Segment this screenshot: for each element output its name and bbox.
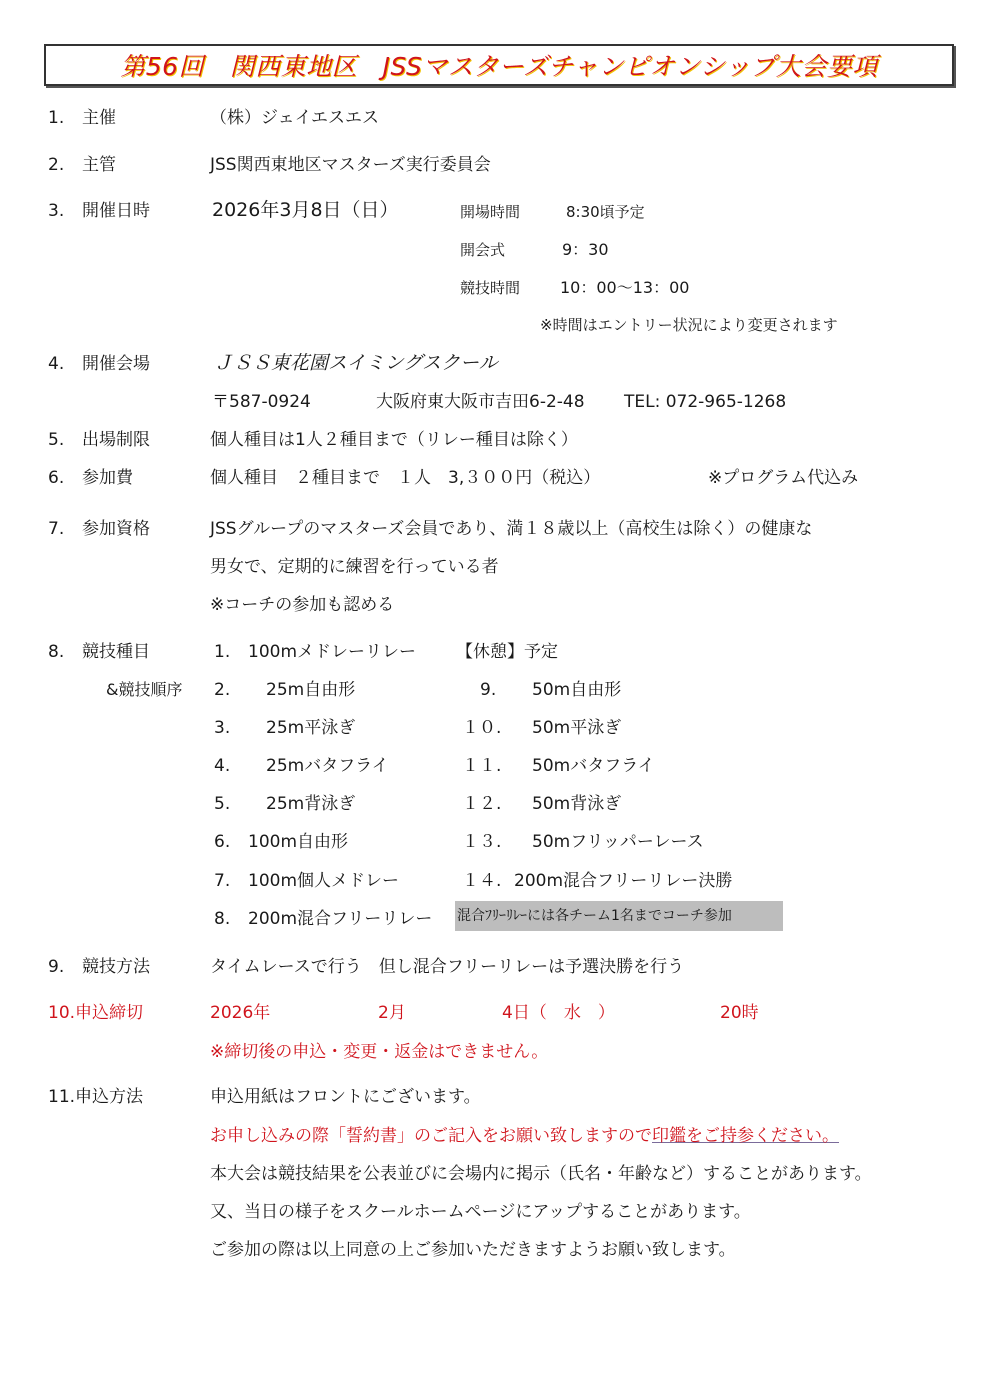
venue-address: 大阪府東大阪市吉田6-2-48 bbox=[376, 392, 585, 412]
application-line: ご参加の際は以上同意の上ご参加いただきますようお願い致します。 bbox=[210, 1240, 736, 1260]
bring-seal-text: 印鑑をご持参ください。 bbox=[652, 1126, 839, 1146]
section-label: 主管 bbox=[82, 155, 116, 175]
event-no: 7. bbox=[214, 871, 230, 891]
fee-note: ※プログラム代込み bbox=[708, 468, 858, 488]
schedule-value: 8:30頃予定 bbox=[566, 202, 645, 222]
section-number: 1. bbox=[48, 108, 64, 128]
application-line: 本大会は競技結果を公表並びに会場内に掲示（氏名・年齢など）することがあります。 bbox=[210, 1164, 872, 1184]
venue-phone: TEL: 072-965-1268 bbox=[624, 392, 786, 412]
section-label: 参加資格 bbox=[82, 519, 150, 539]
event-name: 200m混合フリーリレー bbox=[248, 909, 432, 929]
section-label: 開催会場 bbox=[82, 354, 150, 374]
entry-fee: 個人種目 ２種目まで １人 3,３００円（税込） bbox=[210, 468, 600, 488]
document-title: 第56回 関西東地区 JSSマスターズチャンピオンシップ大会要項 bbox=[120, 47, 877, 83]
section-number: 4. bbox=[48, 354, 64, 374]
event-no: 4. bbox=[214, 756, 230, 776]
section-label: 競技方法 bbox=[82, 957, 150, 977]
schedule-note: ※時間はエントリー状況により変更されます bbox=[540, 315, 838, 335]
event-no: 1. bbox=[214, 642, 230, 662]
event-no: １１. bbox=[462, 756, 501, 776]
event-no: 6. bbox=[214, 832, 230, 852]
event-name: 25m背泳ぎ bbox=[266, 794, 355, 814]
section-number: 5. bbox=[48, 430, 64, 450]
relay-coach-note: 混合ﾌﾘｰﾘﾚｰには各チーム1名までコーチ参加 bbox=[455, 901, 783, 931]
event-name: 50m平泳ぎ bbox=[532, 718, 621, 738]
postal-code: 〒587-0924 bbox=[212, 392, 311, 412]
section-number: 3. bbox=[48, 201, 64, 221]
event-name: 50m自由形 bbox=[532, 680, 621, 700]
event-no: 8. bbox=[214, 909, 230, 929]
eligibility-line: JSSグループのマスターズ会員であり、満１８歳以上（高校生は除く）の健康な bbox=[210, 519, 812, 539]
section-label: 競技種目 bbox=[82, 642, 150, 662]
event-no: １４. bbox=[462, 871, 501, 891]
event-name: 100m自由形 bbox=[248, 832, 348, 852]
event-no: 9. bbox=[480, 680, 496, 700]
section-number: 7. bbox=[48, 519, 64, 539]
venue-name: ＪＳＳ東花園スイミングスクール bbox=[214, 353, 498, 373]
deadline-day: 4日（ 水 ） bbox=[502, 1003, 615, 1023]
event-name: 25m平泳ぎ bbox=[266, 718, 355, 738]
section-label: 開催日時 bbox=[82, 201, 150, 221]
schedule-label: 開会式 bbox=[460, 240, 505, 260]
entry-limit: 個人種目は1人２種目まで（リレー種目は除く） bbox=[210, 430, 578, 450]
break-label: 【休憩】予定 bbox=[456, 642, 558, 662]
organizer: （株）ジェイエスエス bbox=[210, 108, 379, 128]
section-number: 8. bbox=[48, 642, 64, 662]
section-label: 主催 bbox=[82, 108, 116, 128]
competition-method: タイムレースで行う 但し混合フリーリレーは予選決勝を行う bbox=[210, 957, 684, 977]
schedule-label: 開場時間 bbox=[460, 202, 520, 222]
event-no: １２. bbox=[462, 794, 501, 814]
section-sublabel: &競技順序 bbox=[106, 680, 182, 700]
schedule-label: 競技時間 bbox=[460, 278, 520, 298]
event-name: 25mバタフライ bbox=[266, 756, 389, 776]
eligibility-line: ※コーチの参加も認める bbox=[210, 595, 394, 615]
event-no: 5. bbox=[214, 794, 230, 814]
pledge-text: お申し込みの際「誓約書」のご記入をお願い致しますので bbox=[210, 1126, 652, 1146]
event-name: 100m個人メドレー bbox=[248, 871, 399, 891]
event-date: 2026年3月8日（日） bbox=[212, 200, 399, 220]
event-no: 2. bbox=[214, 680, 230, 700]
section-number: 6. bbox=[48, 468, 64, 488]
event-no: １３. bbox=[462, 832, 501, 852]
application-line-red: お申し込みの際「誓約書」のご記入をお願い致しますので印鑑をご持参ください。 bbox=[210, 1126, 839, 1146]
deadline-month: 2月 bbox=[378, 1003, 406, 1023]
schedule-value: 10：00〜13：00 bbox=[560, 278, 689, 298]
deadline-hour: 20時 bbox=[720, 1003, 759, 1023]
event-no: 3. bbox=[214, 718, 230, 738]
event-no: １０. bbox=[462, 718, 501, 738]
deadline-year: 2026年 bbox=[210, 1003, 270, 1023]
section-number: 2. bbox=[48, 155, 64, 175]
schedule-value: 9：30 bbox=[562, 240, 609, 260]
deadline-note: ※締切後の申込・変更・返金はできません。 bbox=[210, 1042, 548, 1062]
section-label: 出場制限 bbox=[82, 430, 150, 450]
event-name: 50mフリッパーレース bbox=[532, 832, 704, 852]
event-name: 50m背泳ぎ bbox=[532, 794, 621, 814]
event-name: 50mバタフライ bbox=[532, 756, 655, 776]
event-name: 200m混合フリーリレー決勝 bbox=[514, 871, 732, 891]
application-line: 又、当日の様子をスクールホームページにアップすることがあります。 bbox=[210, 1202, 751, 1222]
host: JSS関西東地区マスターズ実行委員会 bbox=[210, 155, 491, 175]
section-label: 10.申込締切 bbox=[48, 1003, 143, 1023]
application-line: 申込用紙はフロントにございます。 bbox=[210, 1087, 481, 1107]
eligibility-line: 男女で、定期的に練習を行っている者 bbox=[210, 557, 499, 577]
event-name: 25m自由形 bbox=[266, 680, 355, 700]
title-box: 第56回 関西東地区 JSSマスターズチャンピオンシップ大会要項 bbox=[44, 44, 954, 86]
section-number: 9. bbox=[48, 957, 64, 977]
section-label: 参加費 bbox=[82, 468, 133, 488]
event-name: 100mメドレーリレー bbox=[248, 642, 416, 662]
section-label: 11.申込方法 bbox=[48, 1087, 143, 1107]
